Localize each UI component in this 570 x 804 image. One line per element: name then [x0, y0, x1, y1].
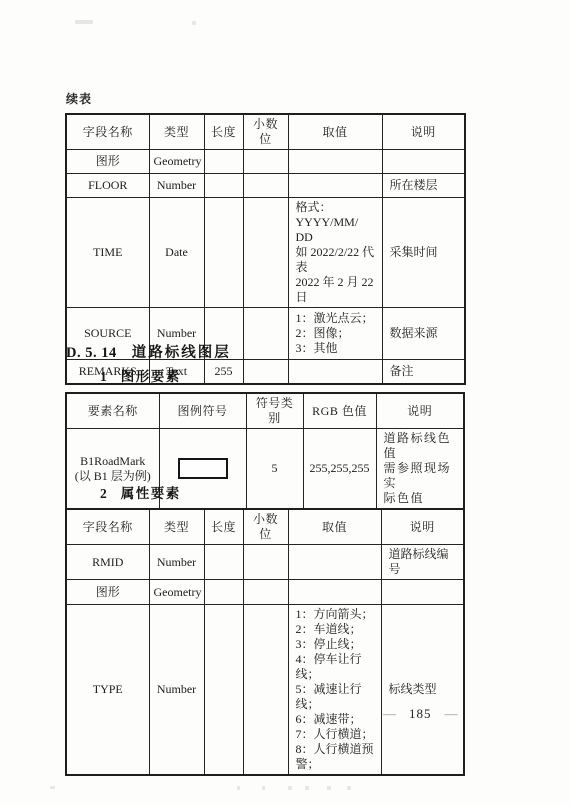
subsection-2-number: 2 — [100, 486, 107, 501]
table-row: RMID Number 道路标线编号 — [66, 545, 464, 580]
column-header-field-name: 字段名称 — [66, 114, 149, 150]
cell-value — [288, 545, 381, 580]
cell-type: Number — [149, 545, 204, 580]
table-row: 图形 Geometry — [66, 580, 464, 605]
table-row: 图形 Geometry — [66, 150, 465, 174]
cell-description — [382, 150, 465, 174]
column-header-element-name: 要素名称 — [66, 393, 159, 429]
cell-value: 格式：YYYY/MM/ DD 如 2022/2/22 代表 2022 年 2 月… — [288, 198, 382, 308]
cell-field-name: RMID — [66, 545, 149, 580]
cell-decimals — [243, 150, 288, 174]
cell-decimals — [243, 605, 288, 776]
scan-artifact — [262, 786, 265, 790]
section-heading: D. 5. 14道路标线图层 — [66, 341, 231, 362]
scan-artifact — [75, 20, 93, 24]
column-header-length: 长度 — [204, 114, 243, 150]
attribute-elements-table: 字段名称 类型 长度 小数位 取值 说明 RMID Number 道路标线编号 … — [65, 508, 465, 776]
table-row: TYPE Number 1：方向箭头； 2：车道线； 3：停止线； 4：停车让行… — [66, 605, 464, 776]
cell-value: 1：激光点云； 2：图像； 3：其他 — [288, 308, 382, 360]
legend-rectangle-icon — [178, 458, 228, 479]
cell-description: 数据来源 — [382, 308, 465, 360]
cell-description: 道路标线编号 — [381, 545, 464, 580]
cell-symbol-class: 5 — [246, 429, 303, 510]
cell-description: 采集时间 — [382, 198, 465, 308]
scan-artifact — [237, 786, 240, 790]
cell-description: 标线类型 — [381, 605, 464, 776]
cell-length — [204, 198, 243, 308]
cell-type: Geometry — [149, 580, 204, 605]
table-header-row: 要素名称 图例符号 符号类别 RGB 色值 说明 — [66, 393, 464, 429]
cell-type: Date — [149, 198, 204, 308]
cell-decimals — [243, 580, 288, 605]
column-header-description: 说明 — [382, 114, 465, 150]
cell-field-name: 图形 — [66, 150, 149, 174]
column-header-field-name: 字段名称 — [66, 509, 149, 545]
page-number-left-dash: — — [383, 706, 396, 722]
page-number-right-dash: — — [445, 706, 458, 722]
cell-type: Number — [149, 174, 204, 198]
cell-description — [381, 580, 464, 605]
column-header-decimals: 小数位 — [243, 114, 288, 150]
column-header-description: 说明 — [376, 393, 464, 429]
table-header-row: 字段名称 类型 长度 小数位 取值 说明 — [66, 114, 465, 150]
cell-rgb-value: 255,255,255 — [303, 429, 376, 510]
column-header-value: 取值 — [288, 509, 381, 545]
cell-description: 道路标线色值 需参照现场实 际色值 — [376, 429, 464, 510]
table-header-row: 字段名称 类型 长度 小数位 取值 说明 — [66, 509, 464, 545]
column-header-legend-symbol: 图例符号 — [159, 393, 246, 429]
cell-field-name: TIME — [66, 198, 149, 308]
cell-length — [204, 545, 243, 580]
cell-value: 1：方向箭头； 2：车道线； 3：停止线； 4：停车让行线； 5：减速让行线； … — [288, 605, 381, 776]
cell-decimals — [243, 198, 288, 308]
cell-field-name: FLOOR — [66, 174, 149, 198]
section-number: D. 5. 14 — [66, 345, 117, 361]
continued-table-label: 续表 — [66, 90, 92, 107]
document-page: 续表 字段名称 类型 长度 小数位 取值 说明 图形 Geometry — [0, 0, 570, 804]
cell-value — [288, 150, 382, 174]
scan-artifact — [347, 786, 351, 790]
column-header-type: 类型 — [149, 509, 204, 545]
scan-artifact — [327, 786, 331, 790]
section-title: 道路标线图层 — [132, 345, 231, 361]
cell-length — [204, 174, 243, 198]
subsection-2-heading: 2属性要素 — [100, 482, 181, 502]
subsection-2-title: 属性要素 — [121, 486, 181, 501]
cell-description: 所在楼层 — [382, 174, 465, 198]
cell-decimals — [243, 545, 288, 580]
cell-length — [204, 150, 243, 174]
cell-type: Geometry — [149, 150, 204, 174]
cell-length — [204, 580, 243, 605]
cell-decimals — [243, 360, 288, 384]
cell-decimals — [243, 308, 288, 360]
scan-artifact — [192, 21, 196, 25]
cell-length: 255 — [204, 360, 243, 384]
column-header-decimals: 小数位 — [243, 509, 288, 545]
column-header-value: 取值 — [288, 114, 382, 150]
cell-length — [204, 605, 243, 776]
cell-decimals — [243, 174, 288, 198]
page-number-value: 185 — [409, 706, 432, 722]
cell-value — [288, 174, 382, 198]
cell-field-name: 图形 — [66, 580, 149, 605]
table-row: TIME Date 格式：YYYY/MM/ DD 如 2022/2/22 代表 … — [66, 198, 465, 308]
cell-description: 备注 — [382, 360, 465, 384]
scan-artifact — [305, 786, 309, 790]
subsection-1-title: 图形要素 — [121, 369, 181, 384]
scan-artifact — [50, 786, 55, 789]
page-number: — 185 — — [383, 706, 458, 722]
cell-field-name: TYPE — [66, 605, 149, 776]
column-header-type: 类型 — [149, 114, 204, 150]
column-header-length: 长度 — [204, 509, 243, 545]
subsection-1-heading: 1图形要素 — [100, 365, 181, 385]
column-header-rgb: RGB 色值 — [303, 393, 376, 429]
cell-value — [288, 580, 381, 605]
subsection-1-number: 1 — [100, 369, 107, 384]
cell-value — [288, 360, 382, 384]
scan-artifact — [288, 786, 292, 790]
cell-type: Number — [149, 605, 204, 776]
column-header-description: 说明 — [381, 509, 464, 545]
column-header-symbol-class: 符号类别 — [246, 393, 303, 429]
table-row: FLOOR Number 所在楼层 — [66, 174, 465, 198]
